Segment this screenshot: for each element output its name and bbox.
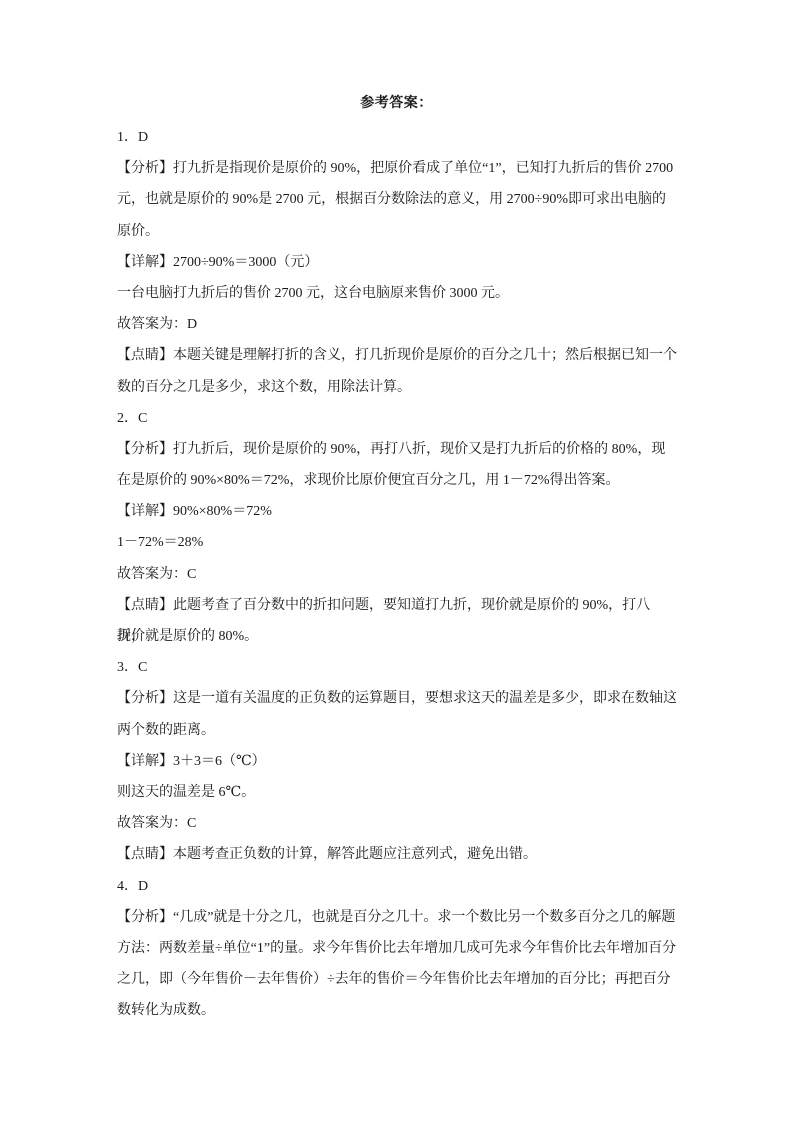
answer-heading: 1．D xyxy=(117,122,677,153)
analysis-text: 元，也就是原价的 90%是 2700 元，根据百分数除法的意义，用 2700÷9… xyxy=(117,184,677,215)
analysis-text: 在是原价的 90%×80%＝72%，求现价比原价便宜百分之几，用 1－72%得出… xyxy=(117,465,677,496)
detail-text: 【详解】2700÷90%＝3000（元） xyxy=(117,247,677,278)
detail-text: 【详解】3＋3＝6（℃） xyxy=(117,746,677,777)
answer-heading: 4．D xyxy=(117,871,677,902)
analysis-text: 【分析】打九折是指现价是原价的 90%，把原价看成了单位“1”，已知打九折后的售… xyxy=(117,153,677,184)
final-answer: 故答案为：C xyxy=(117,559,677,590)
final-answer: 故答案为：C xyxy=(117,808,677,839)
analysis-text: 【分析】打九折后，现价是原价的 90%，再打八折，现价又是打九折后的价格的 80… xyxy=(117,434,677,465)
comment-text: 【点睛】本题关键是理解打折的含义，打几折现价是原价的百分之几十；然后根据已知一个 xyxy=(117,340,677,371)
final-answer: 故答案为：D xyxy=(117,309,677,340)
analysis-text: 原价。 xyxy=(117,216,677,247)
comment-text: 现价就是原价的 80%。 xyxy=(117,621,677,652)
detail-text: 则这天的温差是 6℃。 xyxy=(117,777,677,808)
detail-text: 1－72%＝28% xyxy=(117,527,677,558)
answer-2: 2．C 【分析】打九折后，现价是原价的 90%，再打八折，现价又是打九折后的价格… xyxy=(117,403,677,653)
answer-3: 3．C 【分析】这是一道有关温度的正负数的运算题目，要想求这天的温差是多少，即求… xyxy=(117,652,677,870)
detail-text: 【详解】90%×80%＝72% xyxy=(117,496,677,527)
document-page: 参考答案： 1．D 【分析】打九折是指现价是原价的 90%，把原价看成了单位“1… xyxy=(0,0,793,1122)
answer-1: 1．D 【分析】打九折是指现价是原价的 90%，把原价看成了单位“1”，已知打九… xyxy=(117,122,677,403)
detail-text: 一台电脑打九折后的售价 2700 元，这台电脑原来售价 3000 元。 xyxy=(117,278,677,309)
page-title: 参考答案： xyxy=(0,95,793,113)
analysis-text: 两个数的距离。 xyxy=(117,715,677,746)
answer-heading: 2．C xyxy=(117,403,677,434)
analysis-text: 数转化为成数。 xyxy=(117,995,677,1026)
analysis-text: 【分析】“几成”就是十分之几，也就是百分之几十。求一个数比另一个数多百分之几的解… xyxy=(117,902,677,933)
comment-text: 数的百分之几是多少，求这个数，用除法计算。 xyxy=(117,372,677,403)
analysis-text: 方法：两数差量÷单位“1”的量。求今年售价比去年增加几成可先求今年售价比去年增加… xyxy=(117,933,677,964)
analysis-text: 【分析】这是一道有关温度的正负数的运算题目，要想求这天的温差是多少，即求在数轴这 xyxy=(117,683,677,714)
analysis-text: 之几，即（今年售价－去年售价）÷去年的售价＝今年售价比去年增加的百分比；再把百分 xyxy=(117,964,677,995)
answer-4: 4．D 【分析】“几成”就是十分之几，也就是百分之几十。求一个数比另一个数多百分… xyxy=(117,871,677,1027)
comment-text: 【点睛】本题考查正负数的计算，解答此题应注意列式，避免出错。 xyxy=(117,839,677,870)
comment-text: 【点睛】此题考查了百分数中的折扣问题，要知道打九折，现价就是原价的 90%，打八… xyxy=(117,590,677,621)
answer-list: 1．D 【分析】打九折是指现价是原价的 90%，把原价看成了单位“1”，已知打九… xyxy=(117,122,677,1026)
answer-heading: 3．C xyxy=(117,652,677,683)
